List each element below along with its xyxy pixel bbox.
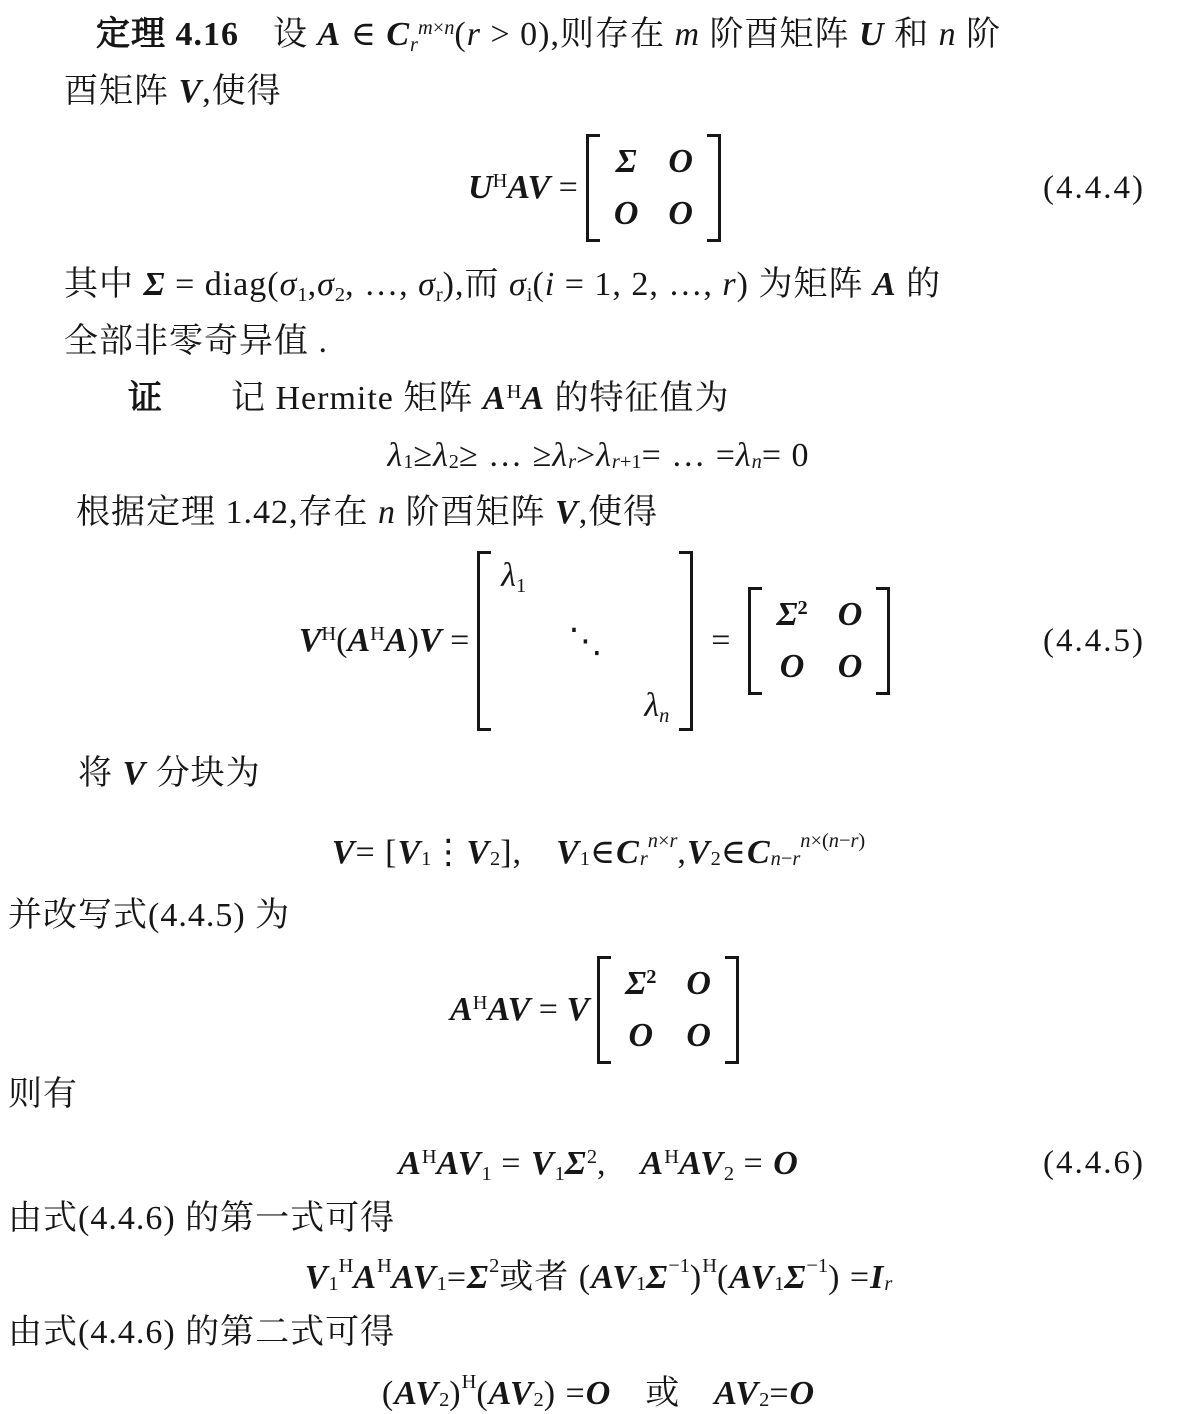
textbook-page: 定理 4.16设 A ∈ Crm×n(r > 0),则存在 m 阶酉矩阵 U 和… — [0, 6, 1197, 1414]
matrix-cell: O — [838, 589, 863, 641]
second-consequence-equation: (AV2)H(AV2) = O或AV2 = O — [0, 1367, 1197, 1414]
equation-lhs: VH(AHA)V = — [299, 622, 470, 660]
matrix-cell: O — [838, 641, 863, 693]
matrix-2x2: Σ O O O — [586, 134, 721, 242]
document-page: { "doc": { "theorem": { "line1": "**定理 4… — [0, 0, 1197, 1414]
second-equation-intro-line: 由式(4.4.6) 的第二式可得 — [0, 1304, 1197, 1361]
matrix-cell: O — [629, 1010, 654, 1062]
matrix-cell: O — [668, 188, 693, 240]
matrix-cell: O — [668, 136, 693, 188]
rewrite-intro-line: 并改写式(4.4.5) 为 — [0, 887, 1197, 944]
left-bracket — [586, 134, 600, 242]
equation-lhs: AHAV = V — [450, 991, 589, 1029]
equation-number: (4.4.5) — [1043, 623, 1145, 660]
equation-number: (4.4.4) — [1043, 170, 1145, 207]
partition-equation: V = [V1 ⋮ V2],V1 ∈ Crn×r, V2 ∈ Cn−rn×(n−… — [0, 824, 1197, 881]
diagonal-cells: λ1 ⋱ λn — [491, 551, 679, 731]
matrix-cell: λn — [644, 687, 669, 725]
matrix-cell: O — [686, 958, 711, 1010]
equation-4-4-5-body: VH(AHA)V = λ1 ⋱ λn = Σ2 O O O — [299, 551, 899, 731]
theorem-statement-line-1: 定理 4.16设 A ∈ Crm×n(r > 0),则存在 m 阶酉矩阵 U 和… — [0, 6, 1197, 63]
sigma-definition-line-2: 全部非零奇异值 . — [0, 313, 1197, 370]
matrix-cell: λ1 — [501, 557, 526, 595]
rewritten-equation: AHAV = V Σ2 O O O — [0, 954, 1197, 1066]
then-line: 则有 — [0, 1066, 1197, 1123]
equation-4-4-5: VH(AHA)V = λ1 ⋱ λn = Σ2 O O O — [0, 551, 1197, 731]
matrix-cells: Σ2 O O O — [762, 587, 876, 695]
matrix-cell: Σ2 — [625, 958, 656, 1010]
theorem-142-reference-line: 根据定理 1.42,存在 n 阶酉矩阵 V,使得 — [0, 484, 1197, 541]
left-bracket — [477, 551, 491, 731]
equation-4-4-6-body: AHAV1 = V1Σ2,AHAV2 = O — [398, 1135, 799, 1192]
diagonal-matrix: λ1 ⋱ λn — [477, 551, 693, 731]
partition-intro-line: 将 V 分块为 — [0, 745, 1197, 802]
equation-lhs: UHAV = — [468, 169, 578, 207]
left-bracket — [748, 587, 762, 695]
equation-4-4-4-body: UHAV = Σ O O O — [468, 134, 729, 242]
equals-sign: = — [711, 622, 730, 660]
rewritten-equation-body: AHAV = V Σ2 O O O — [450, 956, 747, 1064]
diagonal-dots: ⋱ — [568, 621, 602, 661]
eigenvalue-ordering-equation: λ1 ≥ λ2 ≥ … ≥ λr > λr+1 = … = λn = 0 — [0, 427, 1197, 484]
first-equation-intro-line: 由式(4.4.6) 的第一式可得 — [0, 1190, 1197, 1247]
matrix-cell: Σ2 — [776, 589, 807, 641]
matrix-cells: Σ2 O O O — [611, 956, 725, 1064]
left-bracket — [597, 956, 611, 1064]
right-bracket — [725, 956, 739, 1064]
equation-number: (4.4.6) — [1043, 1135, 1145, 1192]
equation-4-4-6: AHAV1 = V1Σ2,AHAV2 = O (4.4.6) — [0, 1137, 1197, 1190]
matrix-cells: Σ O O O — [600, 134, 707, 242]
proof-start-line: 证记 Hermite 矩阵 AHA 的特征值为 — [0, 370, 1197, 427]
matrix-cell: O — [780, 641, 805, 693]
right-bracket — [707, 134, 721, 242]
equation-4-4-4: UHAV = Σ O O O (4.4.4) — [0, 132, 1197, 244]
right-bracket — [679, 551, 693, 731]
first-consequence-equation: V1HAHAV1 = Σ2 或者 (AV1Σ−1)H(AV1Σ−1) = Ir — [0, 1251, 1197, 1304]
sigma-definition-line-1: 其中 Σ = diag(σ1,σ2, …, σr),而 σi(i = 1, 2,… — [0, 256, 1197, 313]
right-bracket — [876, 587, 890, 695]
matrix-2x2: Σ2 O O O — [748, 587, 890, 695]
matrix-cell: Σ — [616, 136, 637, 188]
matrix-cell: O — [614, 188, 639, 240]
matrix-cell: O — [686, 1010, 711, 1062]
theorem-statement-line-2: 酉矩阵 V,使得 — [0, 63, 1197, 120]
matrix-2x2: Σ2 O O O — [597, 956, 739, 1064]
